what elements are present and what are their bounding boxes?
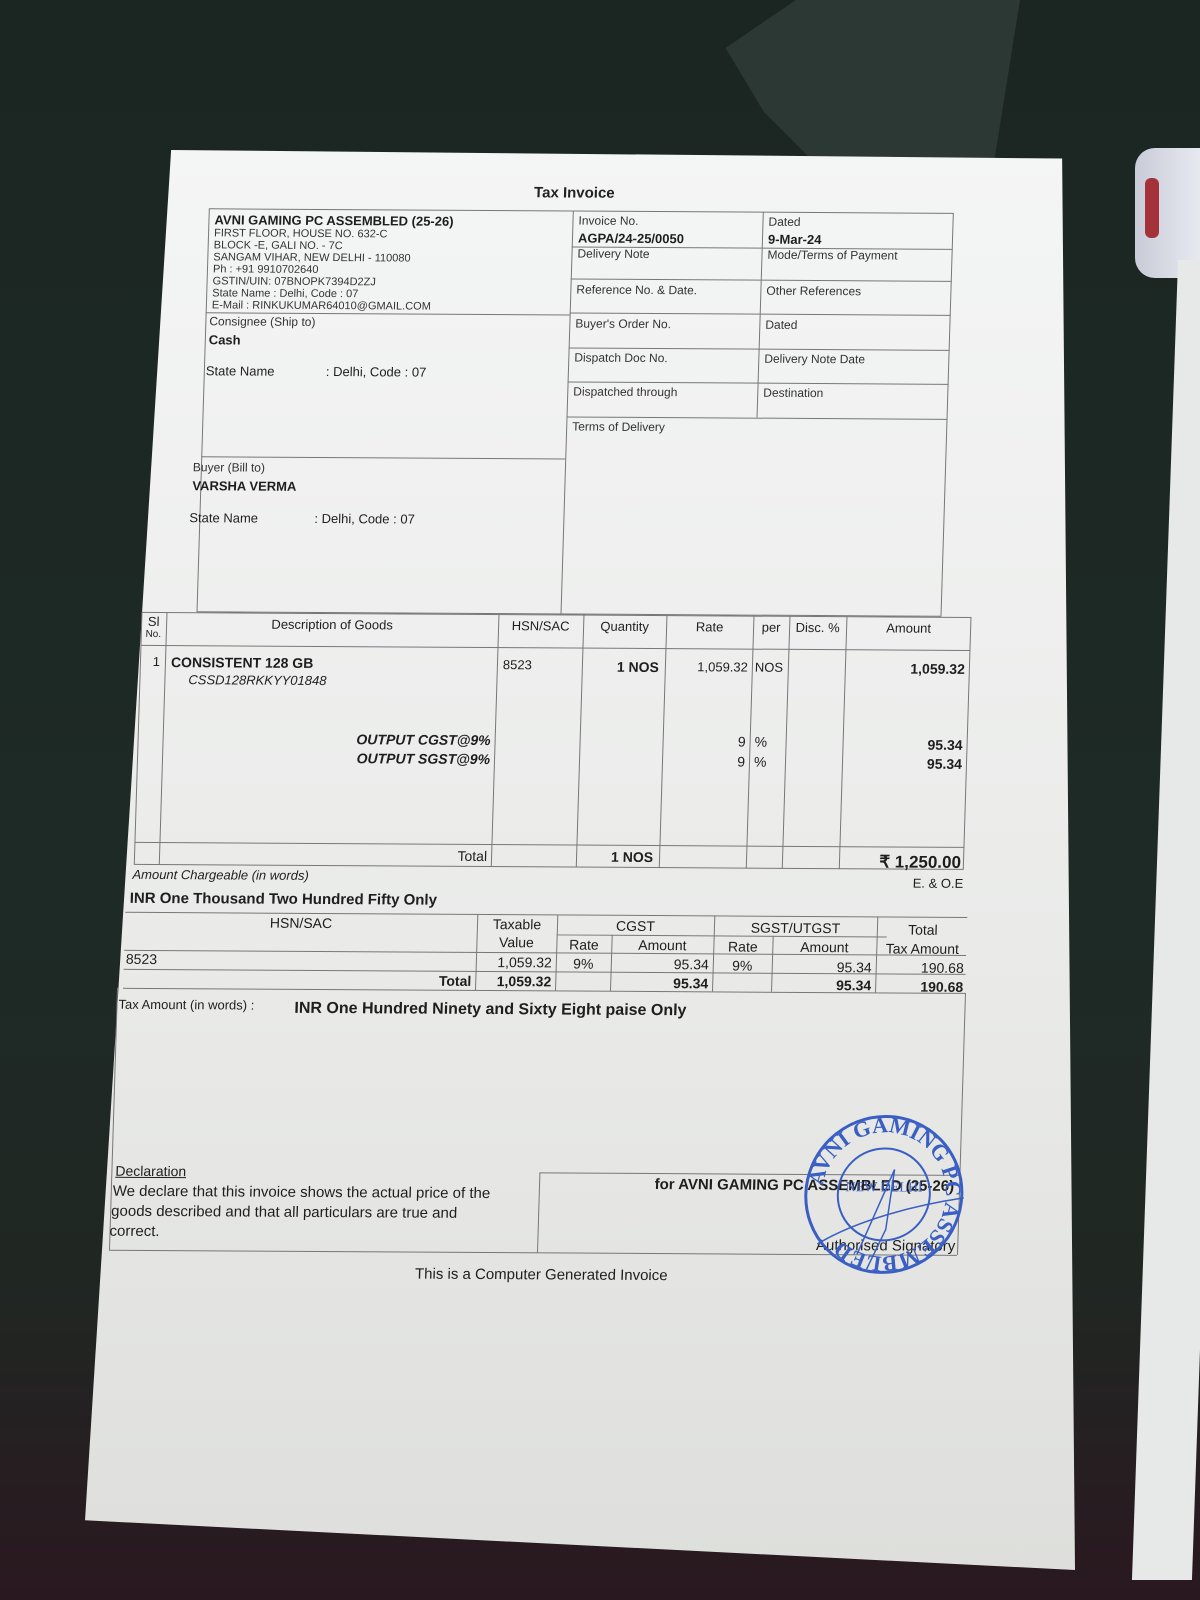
item-amount: 1,059.32 [845,660,965,677]
invoice-date: 9-Mar-24 [768,232,822,247]
delivery-note-label: Delivery Note [577,247,649,261]
seller-gstin: GSTIN/UIN: 07BNOPK7394D2ZJ [212,275,376,288]
summary-col-hsn: HSN/SAC [125,914,477,932]
amount-words-value: INR One Thousand Two Hundred Fifty Only [129,890,437,909]
other-references-label: Other References [766,284,861,299]
destination-label: Destination [763,386,823,400]
dispatched-through-label: Dispatched through [573,385,678,400]
item-description: CONSISTENT 128 GB [171,654,314,671]
seller-phone: Ph : +91 9910702640 [213,263,319,276]
items-total-label: Total [159,846,487,864]
consignee-label: Consignee (Ship to) [209,314,315,329]
items-total-quantity: 1 NOS [576,849,653,865]
summary-col-total: Total [877,921,969,938]
seller-address-2: BLOCK -E, GALI NO. - 7C [214,239,343,252]
background-map-decal [700,0,1020,160]
tax-words-label: Tax Amount (in words) : [118,997,254,1013]
buyer-name: VARSHA VERMA [192,478,296,494]
buyer-label: Buyer (Bill to) [193,460,265,474]
buyers-order-label: Buyer's Order No. [575,317,671,332]
grand-total: ₹ 1,250.00 [839,852,962,873]
delivery-note-date-label: Delivery Note Date [764,352,865,367]
col-amount: Amount [846,620,971,636]
buyer-state-value: : Delhi, Code : 07 [314,511,415,527]
col-quantity: Quantity [583,619,666,635]
company-stamp-icon: AVNI GAMING PC ASSEMBLED NEW DELHI [796,1109,971,1280]
eoe-label: E. & O.E [838,875,963,891]
reference-label: Reference No. & Date. [576,283,697,298]
item-per: NOS [755,660,784,675]
col-hsn: HSN/SAC [498,618,583,634]
col-rate: Rate [666,619,753,635]
seller-state: State Name : Delhi, Code : 07 [212,287,359,300]
seller-name: AVNI GAMING PC ASSEMBLED (25-26) [214,212,454,228]
summary-col-sgst: SGST/UTGST [714,919,877,936]
consignee-state-label: State Name [206,363,275,378]
background-paper-stack [1132,260,1200,1580]
item-quantity: 1 NOS [582,659,659,675]
item-rate: 1,059.32 [665,659,748,675]
terms-of-delivery-label: Terms of Delivery [572,420,665,435]
amount-words-label: Amount Chargeable (in words) [132,867,309,883]
seller-email: E-Mail : RINKUKUMAR64010@GMAIL.COM [212,299,431,312]
consignee-state-value: : Delhi, Code : 07 [326,364,427,380]
payment-terms-label: Mode/Terms of Payment [767,248,897,263]
consignee-name: Cash [209,332,241,347]
buyer-state-label: State Name [189,510,258,525]
dispatch-doc-label: Dispatch Doc No. [574,351,668,366]
order-dated-label: Dated [765,318,797,332]
invoice-no-label: Invoice No. [578,214,638,228]
col-disc: Disc. % [789,620,846,635]
dated-label: Dated [768,215,800,229]
invoice-no: AGPA/24-25/0050 [578,231,684,247]
summary-col-taxable: Taxable [477,916,557,932]
col-sl: Sl [141,614,166,629]
item-serial: CSSD128RKKYY01848 [188,672,326,688]
item-hsn: 8523 [503,657,532,672]
col-description: Description of Goods [166,616,498,633]
item-sl: 1 [140,654,160,669]
summary-col-cgst: CGST [557,917,714,934]
col-sl-no: No. [141,629,166,640]
background-paper-roll [1135,148,1200,278]
tax-words-value: INR One Hundred Ninety and Sixty Eight p… [294,1000,687,1020]
col-per: per [753,620,789,635]
declaration-label: Declaration [115,1163,186,1179]
